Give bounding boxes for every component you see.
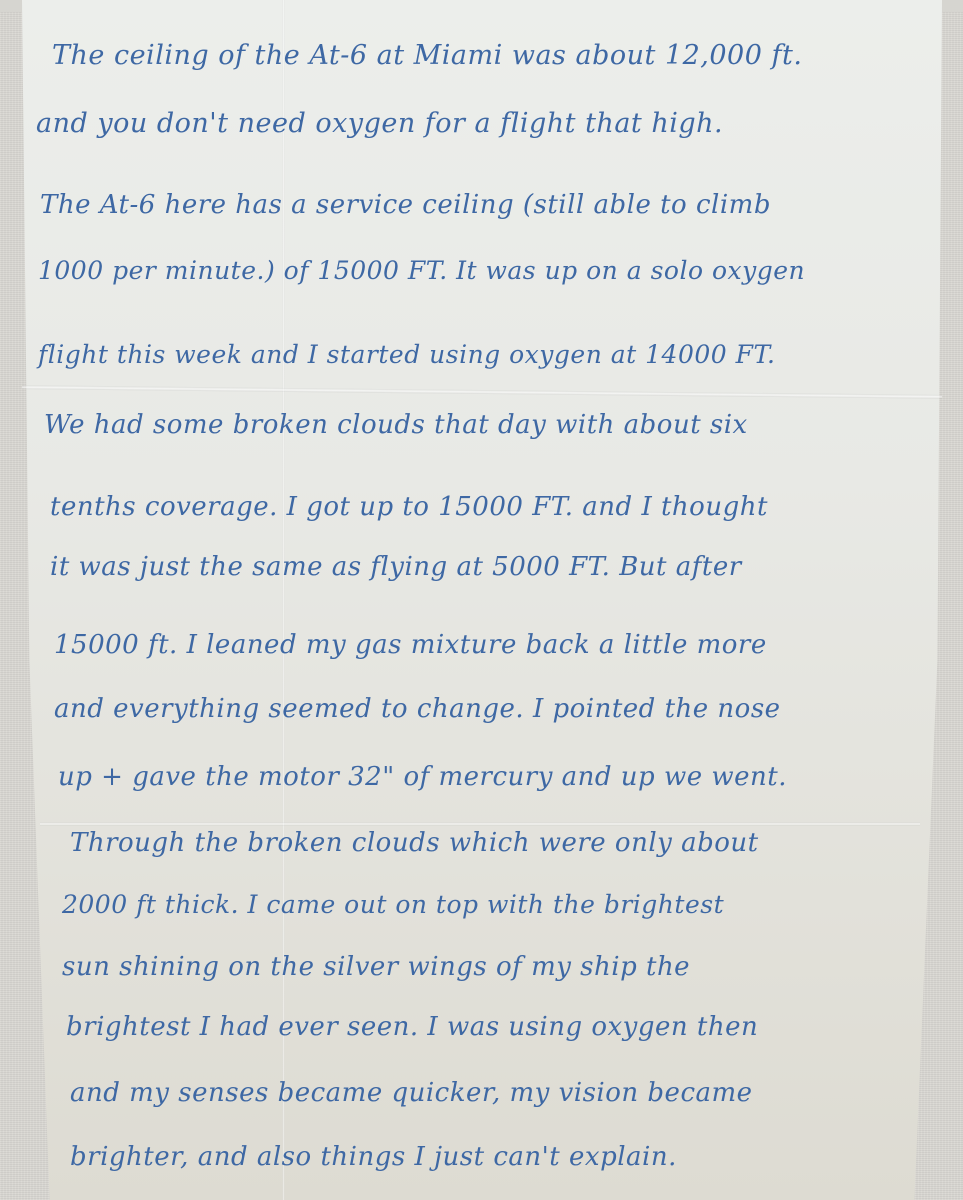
letter-line: The At-6 here has a service ceiling (sti…	[40, 190, 771, 220]
letter-line: up + gave the motor 32" of mercury and u…	[58, 762, 787, 792]
letter-line: 2000 ft thick. I came out on top with th…	[62, 890, 724, 919]
letter-line: The ceiling of the At-6 at Miami was abo…	[52, 40, 802, 71]
letter-line: brighter, and also things I just can't e…	[70, 1142, 677, 1172]
letter-line: tenths coverage. I got up to 15000 FT. a…	[50, 492, 768, 522]
letter-line: Through the broken clouds which were onl…	[70, 828, 759, 858]
letter-line: it was just the same as flying at 5000 F…	[50, 552, 742, 582]
letter-line: brightest I had ever seen. I was using o…	[66, 1012, 758, 1042]
letter-line: We had some broken clouds that day with …	[44, 410, 748, 440]
letter-body: The ceiling of the At-6 at Miami was abo…	[0, 0, 963, 1200]
letter-line: and my senses became quicker, my vision …	[70, 1078, 753, 1108]
letter-line: 1000 per minute.) of 15000 FT. It was up…	[38, 256, 805, 285]
letter-line: and you don't need oxygen for a flight t…	[36, 108, 723, 139]
letter-line: sun shining on the silver wings of my sh…	[62, 952, 690, 982]
letter-line: and everything seemed to change. I point…	[54, 694, 781, 724]
letter-line: flight this week and I started using oxy…	[38, 340, 775, 369]
letter-line: 15000 ft. I leaned my gas mixture back a…	[54, 630, 767, 660]
